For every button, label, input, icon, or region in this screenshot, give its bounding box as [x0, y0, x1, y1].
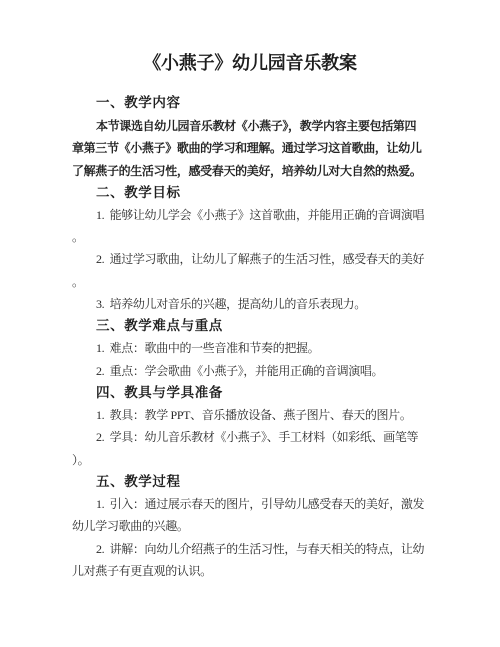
wrapped-text-line: 幼儿学习歌曲的兴趣。 — [72, 518, 189, 534]
list-item-line: 2. 学具：幼儿音乐教材《小燕子》、手工材料（如彩纸、画笔等 — [96, 429, 418, 445]
document-title: 《小燕子》幼儿园音乐教案 — [0, 55, 500, 71]
paragraph-line: 本节课选自幼儿园音乐教材《小燕子》，教学内容主要包括第四 — [96, 118, 416, 134]
document-page: 《小燕子》幼儿园音乐教案 一、教学内容 本节课选自幼儿园音乐教材《小燕子》，教学… — [0, 0, 500, 647]
list-item-line: 1. 教具：教学 PPT、音乐播放设备、燕子图片、春天的图片。 — [96, 407, 411, 423]
list-item-line: 1. 引入：通过展示春天的图片，引导幼儿感受春天的美好，激发 — [96, 496, 424, 512]
section-heading-teaching-process: 五、教学过程 — [96, 474, 181, 490]
list-item-line: 2. 讲解：向幼儿介绍燕子的生活习性，与春天相关的特点，让幼 — [96, 541, 424, 557]
list-item-line: 3. 培养幼儿对音乐的兴趣，提高幼儿的音乐表现力。 — [96, 296, 366, 312]
wrapped-punctuation-line: ）。 — [72, 452, 89, 468]
list-item-line: 1. 难点：歌曲中的一些音准和节奏的把握。 — [96, 340, 319, 356]
section-heading-teaching-content: 一、教学内容 — [96, 95, 181, 111]
list-item-line: 2. 通过学习歌曲，让幼儿了解燕子的生活习性，感受春天的美好 — [96, 251, 424, 267]
wrapped-punctuation-line: 。 — [72, 229, 84, 245]
wrapped-punctuation-line: 。 — [72, 274, 84, 290]
section-heading-materials: 四、教具与学具准备 — [96, 385, 223, 401]
section-heading-teaching-goals: 二、教学目标 — [96, 185, 181, 201]
list-item-line: 1. 能够让幼儿学会《小燕子》这首歌曲，并能用正确的音调演唱 — [96, 207, 424, 223]
section-heading-difficulties: 三、教学难点与重点 — [96, 318, 223, 334]
paragraph-line: 章第三节《小燕子》歌曲的学习和理解。通过学习这首歌曲，让幼儿 — [72, 140, 422, 156]
wrapped-text-line: 儿对燕子有更直观的认识。 — [72, 563, 212, 579]
paragraph-line: 了解燕子的生活习性，感受春天的美好，培养幼儿对大自然的热爱。 — [72, 163, 422, 179]
list-item-line: 2. 重点：学会歌曲《小燕子》，并能用正确的音调演唱。 — [96, 363, 383, 379]
